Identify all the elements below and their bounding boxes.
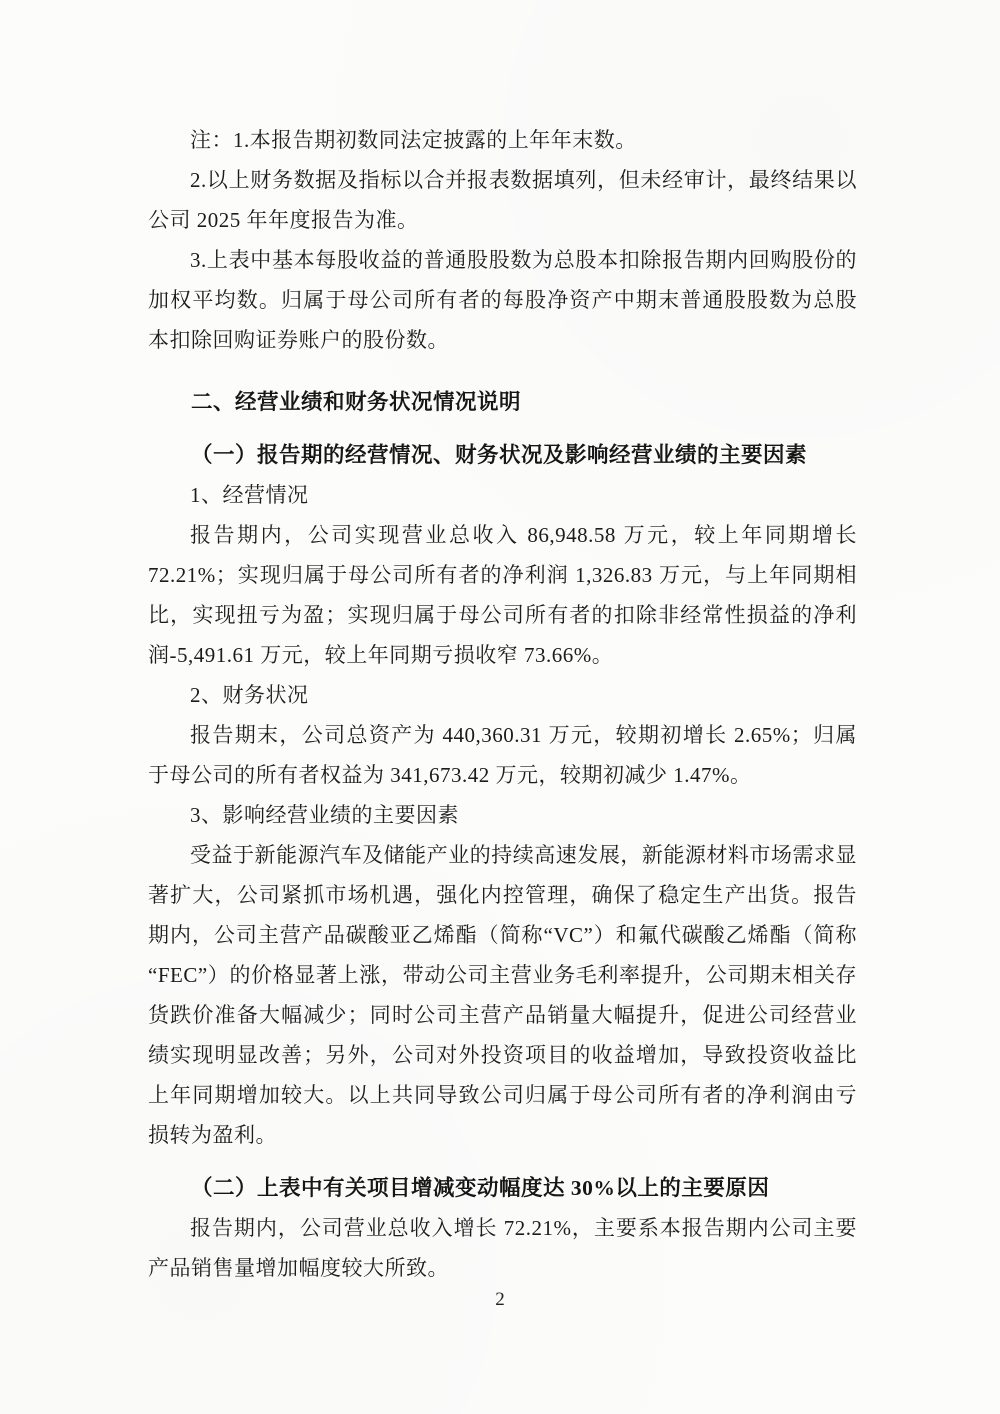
section-2-part-1-title: （一）报告期的经营情况、财务状况及影响经营业绩的主要因素 <box>148 435 857 475</box>
item-3-factors-title: 3、影响经营业绩的主要因素 <box>148 795 857 835</box>
item-1-operating-text: 报告期内，公司实现营业总收入 86,948.58 万元，较上年同期增长 72.2… <box>148 515 857 675</box>
item-2-financial-text: 报告期末，公司总资产为 440,360.31 万元，较期初增长 2.65%；归属… <box>148 715 857 795</box>
page-number: 2 <box>0 1288 1000 1312</box>
item-2-financial-title: 2、财务状况 <box>148 675 857 715</box>
note-line-1: 注：1.本报告期初数同法定披露的上年年末数。 <box>148 120 857 160</box>
item-1-operating-title: 1、经营情况 <box>148 475 857 515</box>
item-3-factors-text: 受益于新能源汽车及储能产业的持续高速发展，新能源材料市场需求显著扩大，公司紧抓市… <box>148 835 857 1155</box>
section-2-part-2-title: （二）上表中有关项目增减变动幅度达 30%以上的主要原因 <box>148 1168 857 1208</box>
part-2-text: 报告期内，公司营业总收入增长 72.21%，主要系本报告期内公司主要产品销售量增… <box>148 1208 857 1288</box>
section-2-title: 二、经营业绩和财务状况情况说明 <box>148 382 857 422</box>
note-line-2: 2.以上财务数据及指标以合并报表数据填列，但未经审计，最终结果以公司 2025 … <box>148 160 857 240</box>
note-line-3: 3.上表中基本每股收益的普通股股数为总股本扣除报告期内回购股份的加权平均数。归属… <box>148 240 857 360</box>
page-content: 注：1.本报告期初数同法定披露的上年年末数。 2.以上财务数据及指标以合并报表数… <box>148 120 857 1288</box>
document-page: 注：1.本报告期初数同法定披露的上年年末数。 2.以上财务数据及指标以合并报表数… <box>0 0 1000 1414</box>
